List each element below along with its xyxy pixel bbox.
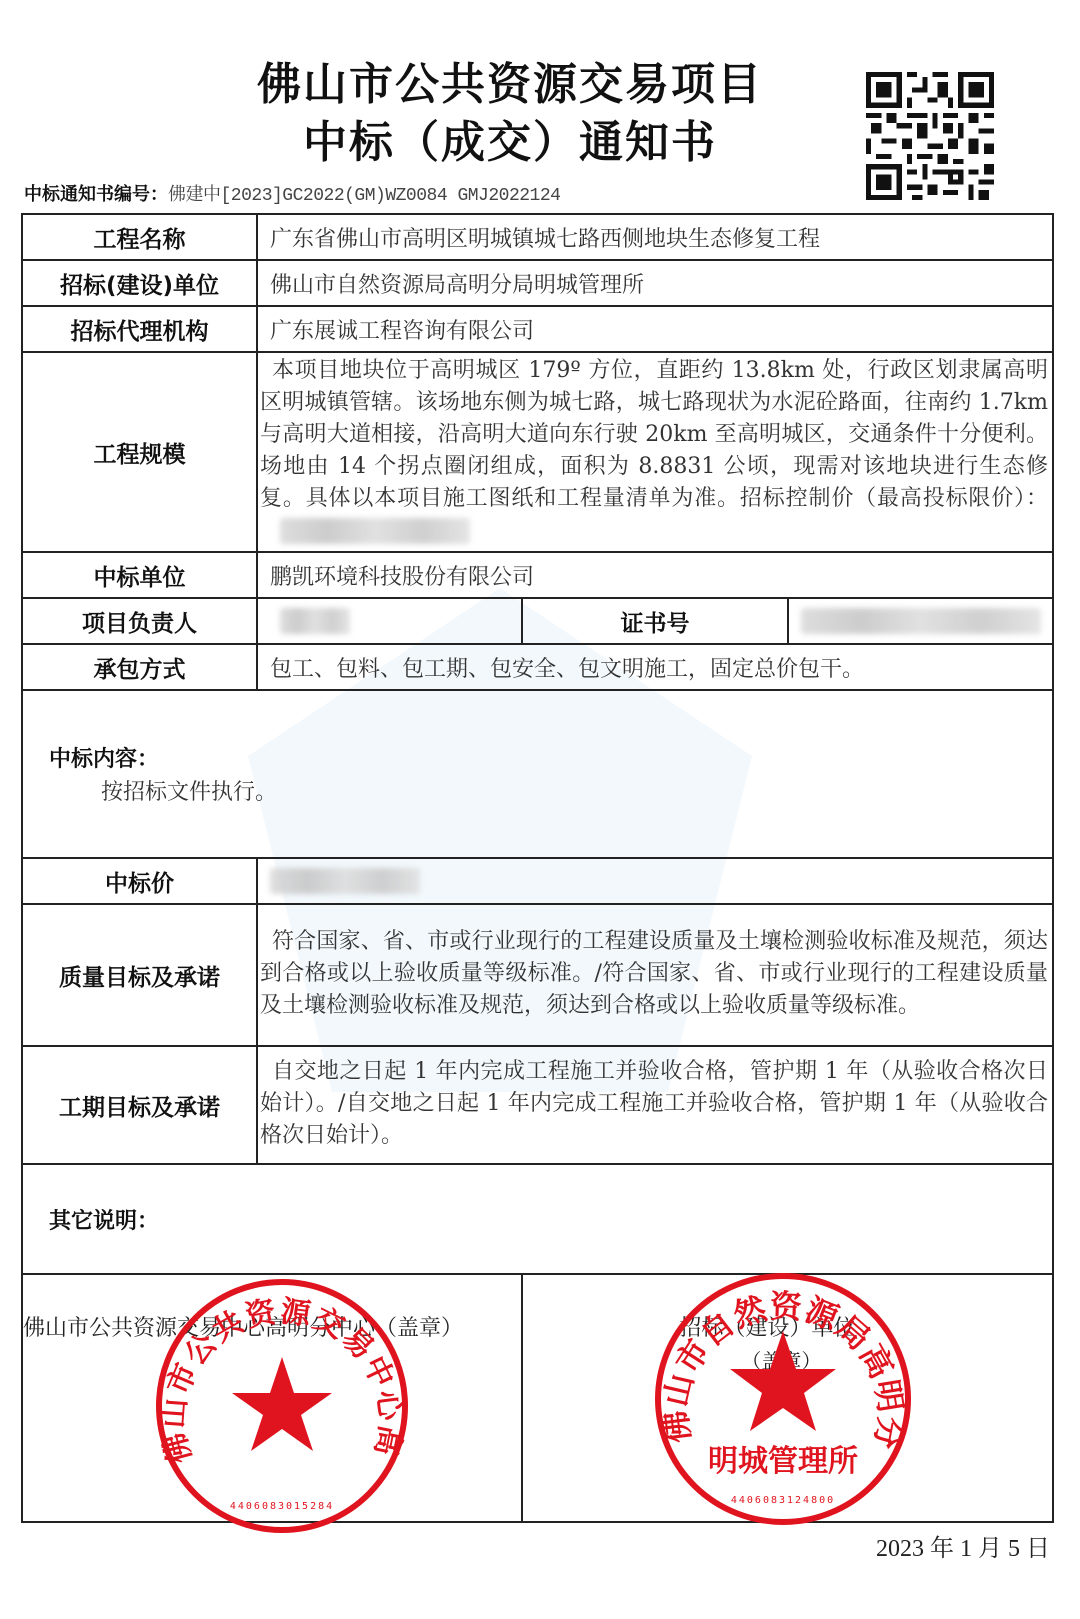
row-manager: 项目负责人 证书号 xyxy=(22,598,1053,644)
svg-text:4406083015284: 4406083015284 xyxy=(230,1501,334,1512)
agency-label: 招标代理机构 xyxy=(22,306,257,352)
price-redacted xyxy=(270,868,420,894)
other-label: 其它说明： xyxy=(49,1204,1026,1235)
cert-value xyxy=(788,598,1053,644)
quality-value: 符合国家、省、市或行业现行的工程建设质量及土壤检测验收标准及规范，须达到合格或以… xyxy=(257,904,1053,1046)
manager-label: 项目负责人 xyxy=(22,598,257,644)
svg-text:4406083124800: 4406083124800 xyxy=(731,1495,835,1506)
issue-date: 2023 年 1 月 5 日 xyxy=(876,1528,1050,1563)
row-content: 中标内容： 按招标文件执行。 xyxy=(22,690,1053,858)
scale-value: 本项目地块位于高明城区 179º 方位，直距约 13.8km 处，行政区划隶属高… xyxy=(257,352,1053,552)
tender-unit-value: 佛山市自然资源局高明分局明城管理所 xyxy=(257,260,1053,306)
official-seal-left-icon: 佛山市公共资源交易中心高明分中心 4406083015284 xyxy=(151,1277,413,1535)
agency-value: 广东展诚工程咨询有限公司 xyxy=(257,306,1053,352)
control-price-redacted xyxy=(280,518,470,544)
tender-unit-label: 招标(建设)单位 xyxy=(22,260,257,306)
content-value: 按招标文件执行。 xyxy=(101,775,1026,806)
winner-label: 中标单位 xyxy=(22,552,257,598)
contract-mode-value: 包工、包料、包工期、包安全、包文明施工，固定总价包干。 xyxy=(257,644,1053,690)
row-price: 中标价 xyxy=(22,858,1053,904)
row-schedule: 工期目标及承诺 自交地之日起 1 年内完成工程施工并验收合格，管护期 1 年（从… xyxy=(22,1046,1053,1164)
winner-value: 鹏凯环境科技股份有限公司 xyxy=(257,552,1053,598)
schedule-value: 自交地之日起 1 年内完成工程施工并验收合格，管护期 1 年（从验收合格次日始计… xyxy=(257,1046,1053,1164)
row-quality: 质量目标及承诺 符合国家、省、市或行业现行的工程建设质量及土壤检测验收标准及规范… xyxy=(22,904,1053,1046)
svg-text:明城管理所: 明城管理所 xyxy=(708,1444,858,1479)
row-project-name: 工程名称 广东省佛山市高明区明城镇城七路西侧地块生态修复工程 xyxy=(22,214,1053,260)
qr-code-icon[interactable] xyxy=(866,72,994,200)
scale-label: 工程规模 xyxy=(22,352,257,552)
notice-number-value: 佛建中[2023]GC2022(GM)WZ0084 GMJ2022124 xyxy=(168,186,560,206)
right-signature-cell: 招标（建设）单位 （盖章） 佛山市自然资源局高明分局 明城管理所 4406083… xyxy=(522,1274,1053,1522)
quality-text: 符合国家、省、市或行业现行的工程建设质量及土壤检测验收标准及规范，须达到合格或以… xyxy=(260,929,1048,1018)
notice-number-label: 中标通知书编号： xyxy=(24,184,168,205)
manager-value xyxy=(257,598,522,644)
row-scale: 工程规模 本项目地块位于高明城区 179º 方位，直距约 13.8km 处，行政… xyxy=(22,352,1053,552)
row-signatures: 佛山市公共资源交易中心高明分中心（盖章） 佛山市公共资源交易中心高明分中心 44… xyxy=(22,1274,1053,1522)
other-cell: 其它说明： xyxy=(22,1164,1053,1274)
official-seal-right-icon: 佛山市自然资源局高明分局 明城管理所 4406083124800 xyxy=(651,1271,915,1527)
scale-text: 本项目地块位于高明城区 179º 方位，直距约 13.8km 处，行政区划隶属高… xyxy=(260,358,1048,511)
content-cell: 中标内容： 按招标文件执行。 xyxy=(22,690,1053,858)
row-other: 其它说明： xyxy=(22,1164,1053,1274)
content-label: 中标内容： xyxy=(49,742,1026,773)
schedule-label: 工期目标及承诺 xyxy=(22,1046,257,1164)
left-signature-cell: 佛山市公共资源交易中心高明分中心（盖章） 佛山市公共资源交易中心高明分中心 44… xyxy=(22,1274,522,1522)
cert-number-redacted xyxy=(801,608,1041,634)
row-contract-mode: 承包方式 包工、包料、包工期、包安全、包文明施工，固定总价包干。 xyxy=(22,644,1053,690)
row-tender-unit: 招标(建设)单位 佛山市自然资源局高明分局明城管理所 xyxy=(22,260,1053,306)
manager-name-redacted xyxy=(280,608,350,634)
quality-label: 质量目标及承诺 xyxy=(22,904,257,1046)
notice-number: 中标通知书编号：佛建中[2023]GC2022(GM)WZ0084 GMJ202… xyxy=(24,180,560,206)
schedule-text: 自交地之日起 1 年内完成工程施工并验收合格，管护期 1 年（从验收合格次日始计… xyxy=(260,1059,1048,1148)
row-agency: 招标代理机构 广东展诚工程咨询有限公司 xyxy=(22,306,1053,352)
project-name-label: 工程名称 xyxy=(22,214,257,260)
contract-mode-label: 承包方式 xyxy=(22,644,257,690)
cert-label: 证书号 xyxy=(522,598,787,644)
price-label: 中标价 xyxy=(22,858,257,904)
project-name-value: 广东省佛山市高明区明城镇城七路西侧地块生态修复工程 xyxy=(257,214,1053,260)
award-notice-table: 工程名称 广东省佛山市高明区明城镇城七路西侧地块生态修复工程 招标(建设)单位 … xyxy=(21,213,1054,1523)
price-value xyxy=(257,858,1053,904)
row-winner: 中标单位 鹏凯环境科技股份有限公司 xyxy=(22,552,1053,598)
